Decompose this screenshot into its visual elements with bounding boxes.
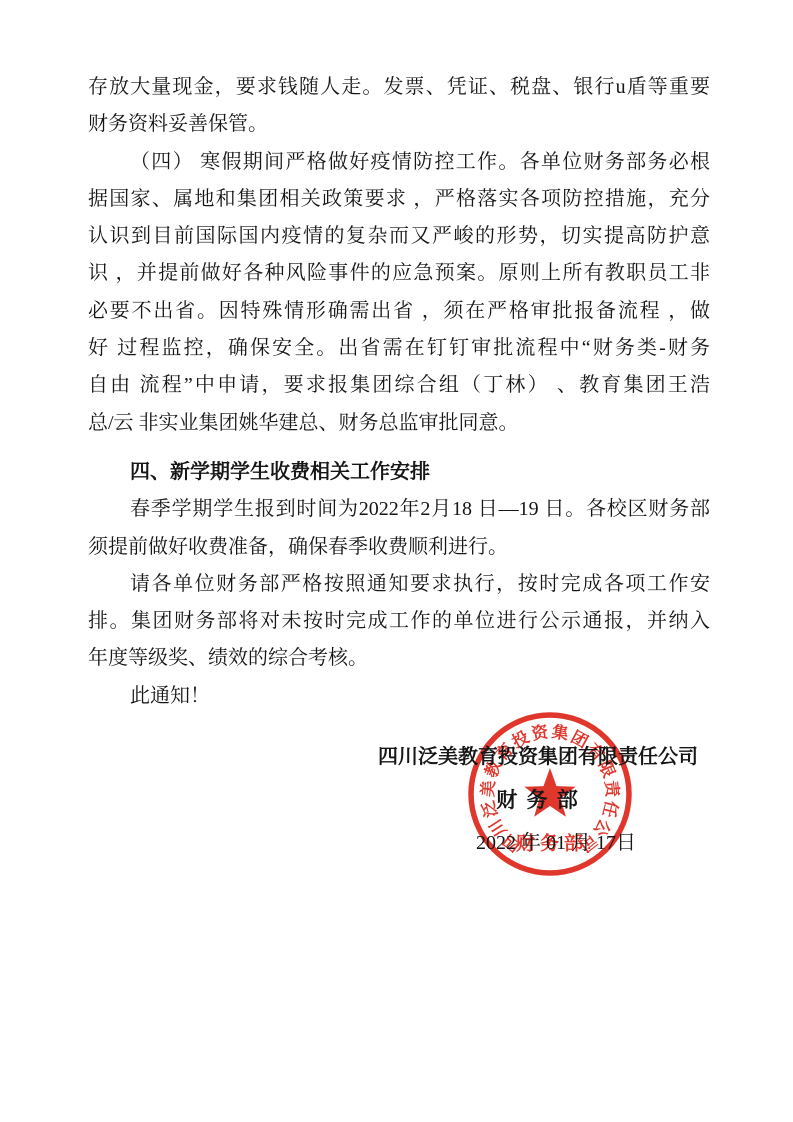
paragraph: （四） 寒假期间严格做好疫情防控工作。各单位财务部务必根据国家、属地和集团相关政… xyxy=(88,144,710,442)
text-line: 春季学期学生报到时间为2022年2月18 日—19 日。各校区财务部 xyxy=(88,491,710,528)
text-line: （四） 寒假期间严格做好疫情防控工作。各单位财务部务必根 xyxy=(88,144,710,181)
text-line: 四、新学期学生收费相关工作安排 xyxy=(88,454,710,491)
text-line: 自由 流程”中申请，要求报集团综合组（丁林） 、教育集团王浩 xyxy=(88,367,710,404)
paragraph: 请各单位财务部严格按照通知要求执行，按时完成各项工作安排。集团财务部将对未按时完… xyxy=(88,566,710,678)
text-line: 总/云 非实业集团姚华建总、财务总监审批同意。 xyxy=(88,405,710,442)
text-line: 年度等级奖、绩效的综合考核。 xyxy=(88,640,710,677)
paragraph: 此通知！ xyxy=(88,678,710,715)
paragraph: 存放大量现金，要求钱随人走。发票、凭证、税盘、银行u盾等重要财务资料妥善保管。 xyxy=(88,69,710,144)
text-line: 排。集团财务部将对未按时完成工作的单位进行公示通报，并纳入 xyxy=(88,603,710,640)
text-line: 识 ，并提前做好各种风险事件的应急预案。原则上所有教职员工非 xyxy=(88,255,710,292)
paragraph: 春季学期学生报到时间为2022年2月18 日—19 日。各校区财务部须提前做好收… xyxy=(88,491,710,566)
text-line: 须提前做好收费准备，确保春季收费顺利进行。 xyxy=(88,529,710,566)
document-body: 存放大量现金，要求钱随人走。发票、凭证、税盘、银行u盾等重要财务资料妥善保管。（… xyxy=(88,69,710,715)
text-line: 财务资料妥善保管。 xyxy=(88,106,710,143)
signature-company: 四川泛美教育投资集团有限责任公司 xyxy=(318,736,758,779)
section-heading: 四、新学期学生收费相关工作安排 xyxy=(88,454,710,491)
text-line: 请各单位财务部严格按照通知要求执行，按时完成各项工作安 xyxy=(88,566,710,603)
text-line: 据国家、属地和集团相关政策要求 ，严格落实各项防控措施，充分 xyxy=(88,181,710,218)
document-page: 存放大量现金，要求钱随人走。发票、凭证、税盘、银行u盾等重要财务资料妥善保管。（… xyxy=(0,0,793,1122)
text-line: 此通知！ xyxy=(88,678,710,715)
text-line: 必要不出省。因特殊情形确需出省 ，须在严格审批报备流程 ，做 xyxy=(88,293,710,330)
text-line: 存放大量现金，要求钱随人走。发票、凭证、税盘、银行u盾等重要 xyxy=(88,69,710,106)
text-line: 认识到目前国际国内疫情的复杂而又严峻的形势，切实提高防护意 xyxy=(88,218,710,255)
text-line: 好 过程监控，确保安全。出省需在钉钉审批流程中“财务类-财务 xyxy=(88,330,710,367)
signature-department: 财 务 部 xyxy=(318,779,758,822)
signature-date: 2022 年 01 月 17日 xyxy=(336,822,776,865)
signature-block: 四川泛美教育投资集团有限责任公司 财 务 部 2022 年 01 月 17日 xyxy=(318,736,758,865)
